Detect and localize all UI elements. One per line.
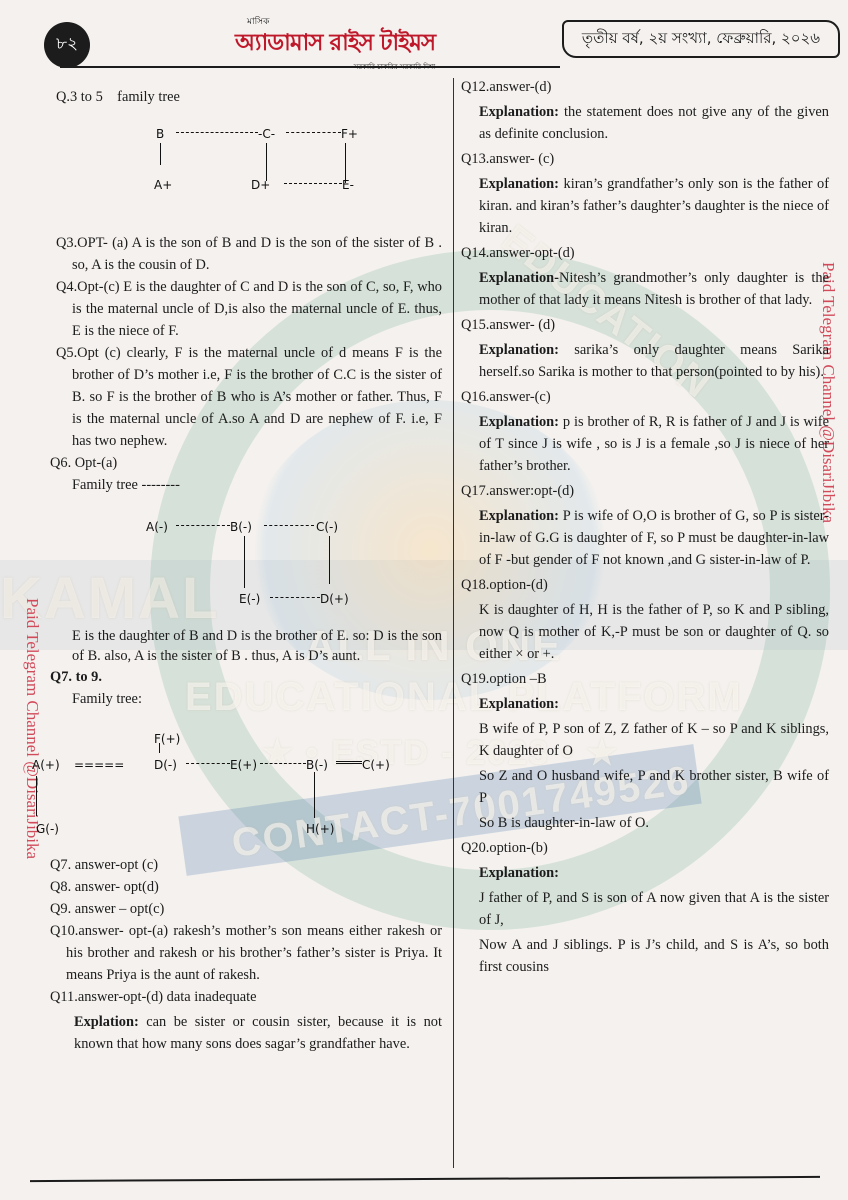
q15-explanation: Explanation: sarika’s only daughter mean… bbox=[461, 339, 829, 383]
answer-q7: Q7. answer-opt (c) bbox=[50, 854, 442, 876]
answer-q14: Q14.answer-opt-(d) bbox=[461, 242, 829, 264]
q14-explanation: Explanation-Nitesh’s grandmother’s only … bbox=[461, 267, 829, 311]
right-column: Q12.answer-(d) Explanation: the statemen… bbox=[461, 76, 829, 978]
q20-line-2: Now A and J siblings. P is J’s child, an… bbox=[461, 934, 829, 978]
answer-q15: Q15.answer- (d) bbox=[461, 314, 829, 336]
family-tree-q7-9: F(+) A(+) ===== D(-) E(+) B(-) C(+) G(-)… bbox=[14, 710, 442, 838]
answer-q17: Q17.answer:opt-(d) bbox=[461, 480, 829, 502]
q19-line-3: So B is daughter-in-law of O. bbox=[461, 812, 829, 834]
q16-explanation: Explanation: p is brother of R, R is fat… bbox=[461, 411, 829, 477]
page-number-badge: ৮২ bbox=[44, 22, 90, 68]
q13-explanation: Explanation: kiran’s grandfather’s only … bbox=[461, 173, 829, 239]
answer-q16: Q16.answer-(c) bbox=[461, 386, 829, 408]
family-tree-q6: A(-) B(-) C(-) E(-) D(+) bbox=[56, 496, 442, 606]
q6-heading: Q6. Opt-(a) bbox=[50, 452, 442, 474]
answer-q20: Q20.option-(b) bbox=[461, 837, 829, 859]
q6-tree-label: Family tree -------- bbox=[56, 474, 442, 496]
answer-q8: Q8. answer- opt(d) bbox=[50, 876, 442, 898]
answer-q12: Q12.answer-(d) bbox=[461, 76, 829, 98]
header-divider bbox=[60, 66, 560, 68]
q12-explanation: Explanation: the statement does not give… bbox=[461, 101, 829, 145]
answer-q19: Q19.option –B bbox=[461, 668, 829, 690]
q3-5-heading: Q.3 to 5 family tree bbox=[56, 86, 442, 108]
q19-line-2: So Z and O husband wife, P and K brother… bbox=[461, 765, 829, 809]
magazine-masthead: মাসিক অ্যাডামাস রাইস টাইমস সরকারি চাকরির… bbox=[235, 14, 435, 73]
magazine-tag: মাসিক bbox=[247, 14, 269, 29]
q7-9-tree-label: Family tree: bbox=[56, 688, 442, 710]
issue-info: তৃতীয় বর্ষ, ২য় সংখ্যা, ফেব্রুয়ারি, ২০… bbox=[562, 20, 840, 58]
left-column: Q.3 to 5 family tree B -C- F+ A+ D+ E- Q… bbox=[56, 86, 442, 1055]
q19-line-1: B wife of P, P son of Z, Z father of K –… bbox=[461, 718, 829, 762]
answer-q3: Q3.OPT- (a) A is the son of B and D is t… bbox=[56, 232, 442, 276]
q11-explanation: Explation: can be sister or cousin siste… bbox=[56, 1011, 442, 1055]
answer-q9: Q9. answer – opt(c) bbox=[50, 898, 442, 920]
q17-explanation: Explanation: P is wife of O,O is brother… bbox=[461, 505, 829, 571]
footer-divider bbox=[30, 1176, 820, 1182]
answer-q13: Q13.answer- (c) bbox=[461, 148, 829, 170]
page-header: ৮২ মাসিক অ্যাডামাস রাইস টাইমস সরকারি চাক… bbox=[0, 0, 848, 72]
family-tree-q3-5: B -C- F+ A+ D+ E- bbox=[56, 108, 442, 206]
q20-line-1: J father of P, and S is son of A now giv… bbox=[461, 887, 829, 931]
magazine-title: অ্যাডামাস রাইস টাইমস bbox=[235, 24, 435, 63]
q18-explanation: K is daughter of H, H is the father of P… bbox=[461, 599, 829, 665]
answer-q4: Q4.Opt-(c) E is the daughter of C and D … bbox=[56, 276, 442, 342]
q7-9-heading: Q7. to 9. bbox=[50, 666, 442, 688]
q6-explanation: E is the daughter of B and D is the brot… bbox=[56, 626, 442, 666]
column-divider bbox=[453, 78, 454, 1168]
answer-q11: Q11.answer-opt-(d) data inadequate bbox=[50, 986, 442, 1008]
answer-q10: Q10.answer- opt-(a) rakesh’s mother’s so… bbox=[50, 920, 442, 986]
answer-q18: Q18.option-(d) bbox=[461, 574, 829, 596]
answer-q5: Q5.Opt (c) clearly, F is the maternal un… bbox=[56, 342, 442, 452]
q19-explanation-label: Explanation: bbox=[461, 693, 829, 715]
q20-explanation-label: Explanation: bbox=[461, 862, 829, 884]
